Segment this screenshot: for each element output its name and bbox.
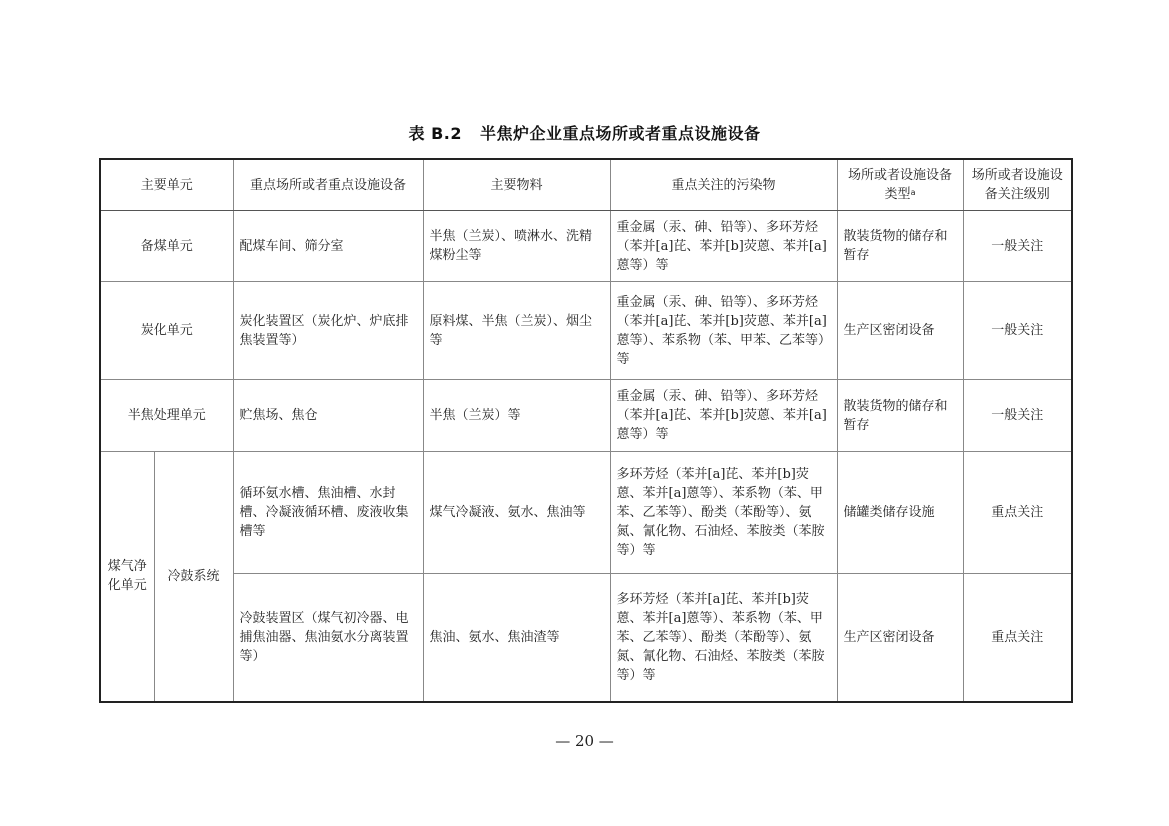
table-row: 备煤单元 配煤车间、筛分室 半焦（兰炭）、喷淋水、洗精煤粉尘等 重金属（汞、砷、… — [100, 211, 1072, 282]
header-row: 主要单元 重点场所或者重点设施设备 主要物料 重点关注的污染物 场所或者设施设备… — [100, 159, 1072, 211]
cell-facility: 冷鼓装置区（煤气初冷器、电捕焦油器、焦油氨水分离装置等） — [233, 574, 423, 702]
table-row: 煤气净化单元 冷鼓系统 循环氨水槽、焦油槽、水封槽、冷凝液循环槽、废液收集槽等 … — [100, 452, 1072, 574]
cell-unit: 半焦处理单元 — [100, 380, 233, 452]
table-row: 半焦处理单元 贮焦场、焦仓 半焦（兰炭）等 重金属（汞、砷、铅等）、多环芳烃（苯… — [100, 380, 1072, 452]
cell-unit: 炭化单元 — [100, 282, 233, 380]
cell-facility: 贮焦场、焦仓 — [233, 380, 423, 452]
header-facility-type: 场所或者设施设备类型a — [837, 159, 963, 211]
cell-level: 一般关注 — [963, 380, 1072, 452]
cell-facility: 循环氨水槽、焦油槽、水封槽、冷凝液循环槽、废液收集槽等 — [233, 452, 423, 574]
cell-unit: 备煤单元 — [100, 211, 233, 282]
cell-facility: 配煤车间、筛分室 — [233, 211, 423, 282]
table-title: 表 B.2半焦炉企业重点场所或者重点设施设备 — [0, 121, 1169, 144]
cell-facility-type: 储罐类储存设施 — [837, 452, 963, 574]
cell-materials: 焦油、氨水、焦油渣等 — [423, 574, 610, 702]
cell-pollutants: 重金属（汞、砷、铅等）、多环芳烃（苯并[a]芘、苯并[b]荧蒽、苯并[a]蒽等）… — [610, 380, 837, 452]
cell-unit-merged: 煤气净化单元 — [100, 452, 154, 702]
header-unit: 主要单元 — [100, 159, 233, 211]
header-facility: 重点场所或者重点设施设备 — [233, 159, 423, 211]
cell-materials: 煤气冷凝液、氨水、焦油等 — [423, 452, 610, 574]
cell-pollutants: 重金属（汞、砷、铅等）、多环芳烃（苯并[a]芘、苯并[b]荧蒽、苯并[a]蒽等）… — [610, 211, 837, 282]
cell-pollutants: 多环芳烃（苯并[a]芘、苯并[b]荧蒽、苯并[a]蒽等）、苯系物（苯、甲苯、乙苯… — [610, 574, 837, 702]
facility-table: 主要单元 重点场所或者重点设施设备 主要物料 重点关注的污染物 场所或者设施设备… — [99, 158, 1073, 703]
table-number: 表 B.2 — [409, 124, 462, 143]
cell-facility-type: 散装货物的储存和暂存 — [837, 380, 963, 452]
cell-materials: 半焦（兰炭）等 — [423, 380, 610, 452]
page-number: — 20 — — [0, 732, 1169, 750]
cell-pollutants: 多环芳烃（苯并[a]芘、苯并[b]荧蒽、苯并[a]蒽等）、苯系物（苯、甲苯、乙苯… — [610, 452, 837, 574]
header-level: 场所或者设施设备关注级别 — [963, 159, 1072, 211]
cell-subunit-merged: 冷鼓系统 — [154, 452, 233, 702]
cell-level: 重点关注 — [963, 452, 1072, 574]
cell-facility-type: 生产区密闭设备 — [837, 282, 963, 380]
table-title-text: 半焦炉企业重点场所或者重点设施设备 — [480, 124, 761, 143]
footnote-marker: a — [911, 188, 916, 197]
table-row: 炭化单元 炭化装置区（炭化炉、炉底排焦装置等） 原料煤、半焦（兰炭）、烟尘等 重… — [100, 282, 1072, 380]
cell-facility: 炭化装置区（炭化炉、炉底排焦装置等） — [233, 282, 423, 380]
cell-facility-type: 散装货物的储存和暂存 — [837, 211, 963, 282]
header-materials: 主要物料 — [423, 159, 610, 211]
cell-materials: 半焦（兰炭）、喷淋水、洗精煤粉尘等 — [423, 211, 610, 282]
cell-level: 一般关注 — [963, 211, 1072, 282]
cell-level: 重点关注 — [963, 574, 1072, 702]
cell-level: 一般关注 — [963, 282, 1072, 380]
cell-facility-type: 生产区密闭设备 — [837, 574, 963, 702]
cell-pollutants: 重金属（汞、砷、铅等）、多环芳烃（苯并[a]芘、苯并[b]荧蒽、苯并[a]蒽等）… — [610, 282, 837, 380]
cell-materials: 原料煤、半焦（兰炭）、烟尘等 — [423, 282, 610, 380]
header-pollutants: 重点关注的污染物 — [610, 159, 837, 211]
table-row: 冷鼓装置区（煤气初冷器、电捕焦油器、焦油氨水分离装置等） 焦油、氨水、焦油渣等 … — [100, 574, 1072, 702]
